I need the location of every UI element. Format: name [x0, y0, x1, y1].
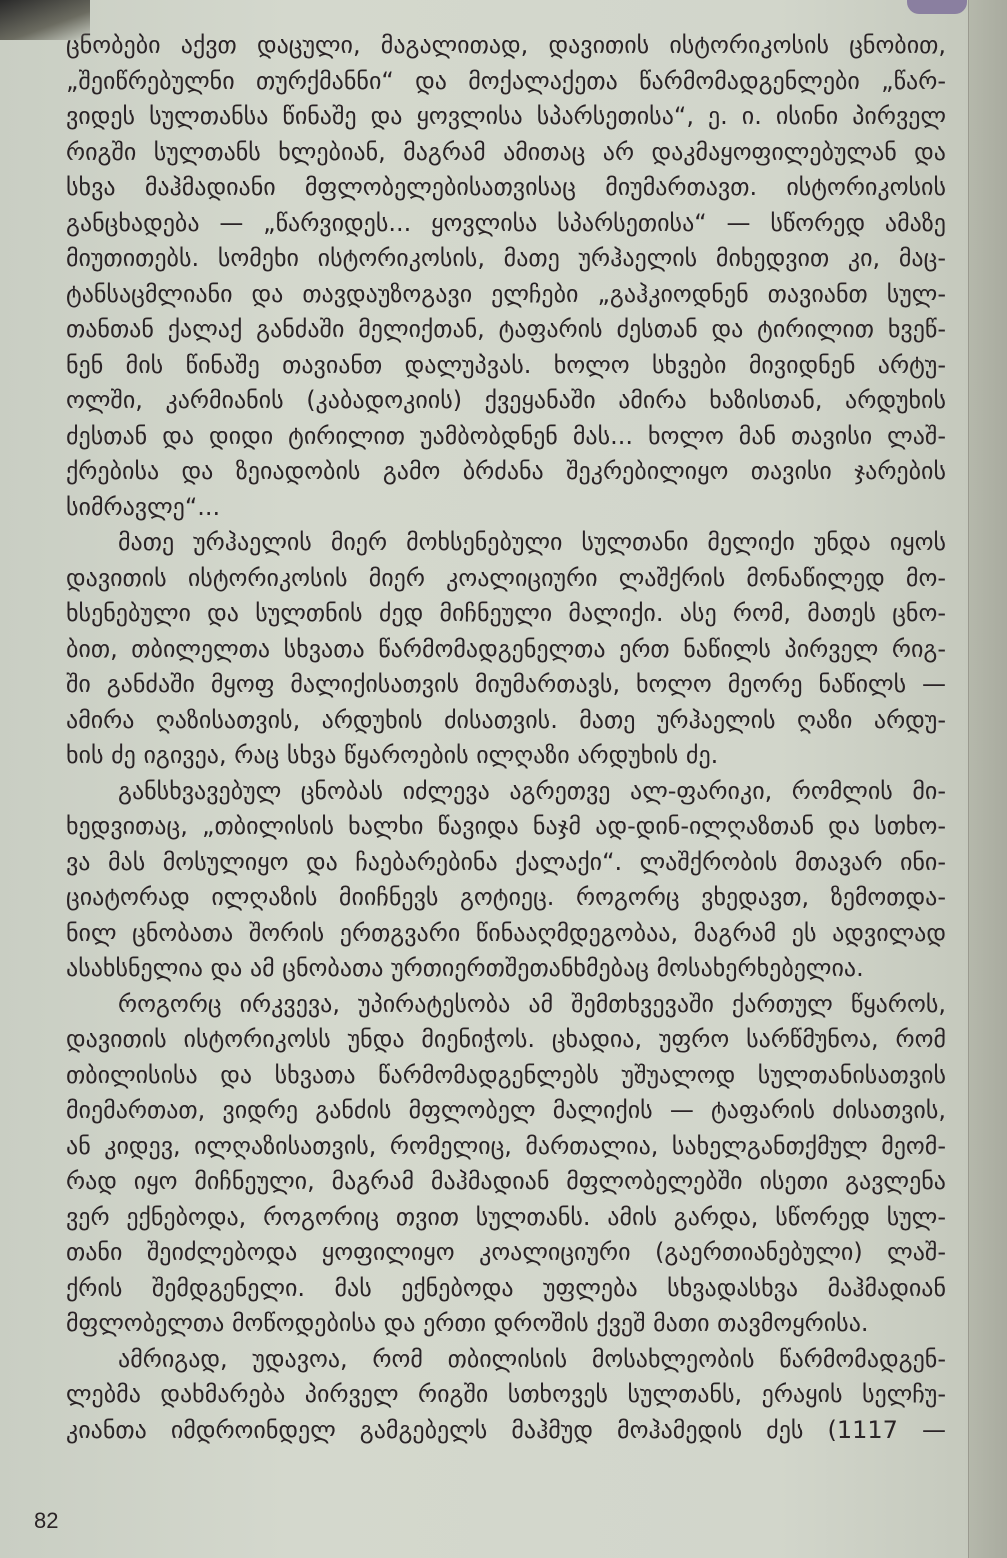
text-line: ან კიდევ, ილღაზისათვის, რომელიც, მართალი…: [66, 1129, 946, 1165]
text-line: ქრებისა და ზეიადობის გამო ბრძანა შეკრები…: [66, 454, 946, 490]
body-text: ცნობები აქვთ დაცული, მაგალითად, დავითის …: [66, 28, 946, 1448]
text-line: ვერ ექნებოდა, როგორიც თვით სულთანს. ამის…: [66, 1200, 946, 1236]
text-line: მფლობელთა მოწოდებისა და ერთი დროშის ქვეშ…: [66, 1306, 946, 1342]
text-line: ხის ძე იგივეა, რაც სხვა წყაროების ილღაზი…: [66, 738, 946, 774]
background-object: [907, 0, 967, 14]
text-line: მათე ურჰაელის მიერ მოხსენებული სულთანი მ…: [66, 525, 946, 561]
text-line: დავითის ისტორიკოსს უნდა მიენიჭოს. ცხადია…: [66, 1022, 946, 1058]
text-line: ხედვითაც, „თბილისის ხალხი წავიდა ნაჯმ ად…: [66, 809, 946, 845]
text-line: მიემართათ, ვიდრე განძის მფლობელ მალიქის …: [66, 1093, 946, 1129]
text-line: ოლში, კარმიანის (კაბადოკიის) ქვეყანაში ა…: [66, 383, 946, 419]
text-line: ნენ მის წინაშე თავიანთ დალუპვას. ხოლო სხ…: [66, 348, 946, 384]
text-line: ქრის შემდგენელი. მას ექნებოდა უფლება სხვ…: [66, 1271, 946, 1307]
text-line: ცნობები აქვთ დაცული, მაგალითად, დავითის …: [66, 28, 946, 64]
text-line: ვიდეს სულთანსა წინაშე და ყოვლისა სპარსეთ…: [66, 99, 946, 135]
text-line: თანი შეიძლებოდა ყოფილიყო კოალიციური (გაე…: [66, 1235, 946, 1271]
text-line: ვა მას მოსულიყო და ჩაებარებინა ქალაქი“. …: [66, 845, 946, 881]
page-number: 82: [34, 1508, 58, 1534]
text-line: სიმრავლე“...: [66, 490, 946, 526]
text-line: ხსენებული და სულთნის ძედ მიჩნეული მალიქი…: [66, 596, 946, 632]
text-line: რიგში სულთანს ხლებიან, მაგრამ ამითაც არ …: [66, 135, 946, 171]
scan-shadow-corner: [0, 0, 90, 40]
text-line: კიანთა იმდროინდელ გამგებელს მაჰმუდ მოჰამ…: [66, 1413, 946, 1449]
text-line: ნილ ცნობათა შორის ერთგვარი წინააღმდეგობა…: [66, 916, 946, 952]
text-line: ამირა ღაზისათვის, არდუხის ძისათვის. მათე…: [66, 703, 946, 739]
text-line: თბილისისა და სხვათა წარმომადგენლებს უშუა…: [66, 1058, 946, 1094]
text-line: რად იყო მიჩნეული, მაგრამ მაჰმადიან მფლობ…: [66, 1164, 946, 1200]
text-line: განცხადება — „წარვიდეს... ყოვლისა სპარსე…: [66, 206, 946, 242]
text-line: ციატორად ილღაზის მიიჩნევს გოტიეც. როგორც…: [66, 880, 946, 916]
page-edge: [968, 0, 1007, 1558]
text-line: ტანსაცმლიანი და თავდაუზოგავი ელჩები „გაჰ…: [66, 277, 946, 313]
text-line: როგორც ირკვევა, უპირატესობა ამ შემთხვევა…: [66, 987, 946, 1023]
book-page: ცნობები აქვთ დაცული, მაგალითად, დავითის …: [0, 0, 970, 1558]
text-line: ლებმა დახმარება პირველ რიგში სთხოვეს სულ…: [66, 1377, 946, 1413]
text-line: ამრიგად, უდავოა, რომ თბილისის მოსახლეობი…: [66, 1342, 946, 1378]
text-line: ძესთან და დიდი ტირილით უამბობდნენ მას...…: [66, 419, 946, 455]
text-line: დავითის ისტორიკოსის მიერ კოალიციური ლაშქ…: [66, 561, 946, 597]
text-line: ბით, თბილელთა სხვათა წარმომადგენელთა ერთ…: [66, 632, 946, 668]
text-line: მიუთითებს. სომეხი ისტორიკოსის, მათე ურჰა…: [66, 241, 946, 277]
text-line: ასახსნელია და ამ ცნობათა ურთიერთშეთანხმე…: [66, 951, 946, 987]
text-line: „შეიწრებულნი თურქმანნი“ და მოქალაქეთა წა…: [66, 64, 946, 100]
text-line: ში განძაში მყოფ მალიქისათვის მიუმართავს,…: [66, 667, 946, 703]
text-line: სხვა მაჰმადიანი მფლობელებისათვისაც მიუმა…: [66, 170, 946, 206]
text-line: თანთან ქალაქ განძაში მელიქთან, ტაფარის ძ…: [66, 312, 946, 348]
text-line: განსხვავებულ ცნობას იძლევა აგრეთვე ალ-ფა…: [66, 774, 946, 810]
